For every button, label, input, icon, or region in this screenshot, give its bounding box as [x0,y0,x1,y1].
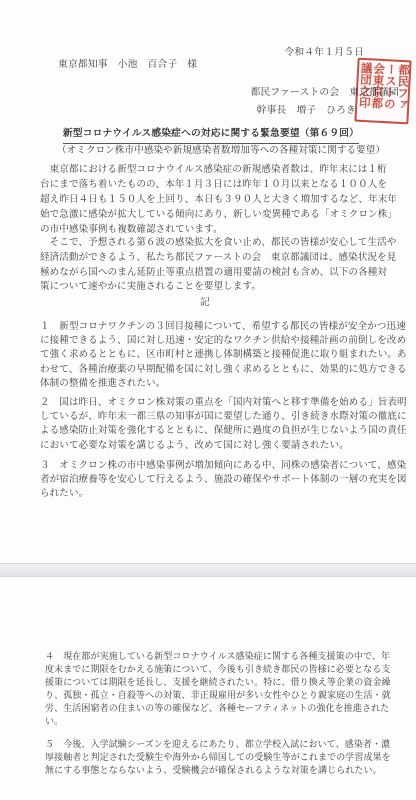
seal-text: 都民ファーストの会東京都議団之印 [357,62,410,121]
page-separator [0,563,416,577]
request-item-5: ５ 今後、入学試験シーズンを迎えるにあたり、都立学校入試において、感染者・濃 厚… [45,738,391,777]
request-item-1: １ 新型コロナワクチンの３回目接種について、希望する都民の皆様が安全かつ迅速 に… [40,320,407,391]
record-mark: 記 [200,295,210,310]
request-item-2: ２ 国は昨日、オミクロン株対策の重点を「国内対策へと移す準備を始める」旨表明 し… [40,396,407,453]
red-seal-stamp-icon: 都民ファーストの会東京都議団之印 [354,58,411,125]
request-item-3: ３ オミクロン株の市中感染事例が増加傾向にある中、同株の感染者について、感染 者… [40,459,407,502]
intro-paragraph-1: 東京都における新型コロナウイルス感染症の新規感染者数は、昨年末には１桁 台にまで… [40,163,397,238]
sender-name-role: 幹事長 増子 ひろき [257,103,356,118]
document-subtitle: （オミクロン株市中感染や新規感染者数増加等への各種対策に関する要望） [57,144,385,159]
document-date: 令和４年１月５日 [284,45,364,60]
document-title: 新型コロナウイルス感染症への対応に関する緊急要望（第６９回） [63,126,359,144]
request-item-4: ４ 現在都が実施している新型コロナウイルス感染症に関する各種支援策の中で、年 度… [45,650,391,728]
document-page: 令和４年１月５日 東京都知事 小池 百合子 様 都民ファーストの会 東京都議団 … [0,0,416,800]
addressee-line: 東京都知事 小池 百合子 様 [58,57,197,72]
intro-paragraph-2: そこで、予想される第６波の感染拡大を食い止め、都民の皆様が安心して生活や 経済活… [40,236,396,295]
